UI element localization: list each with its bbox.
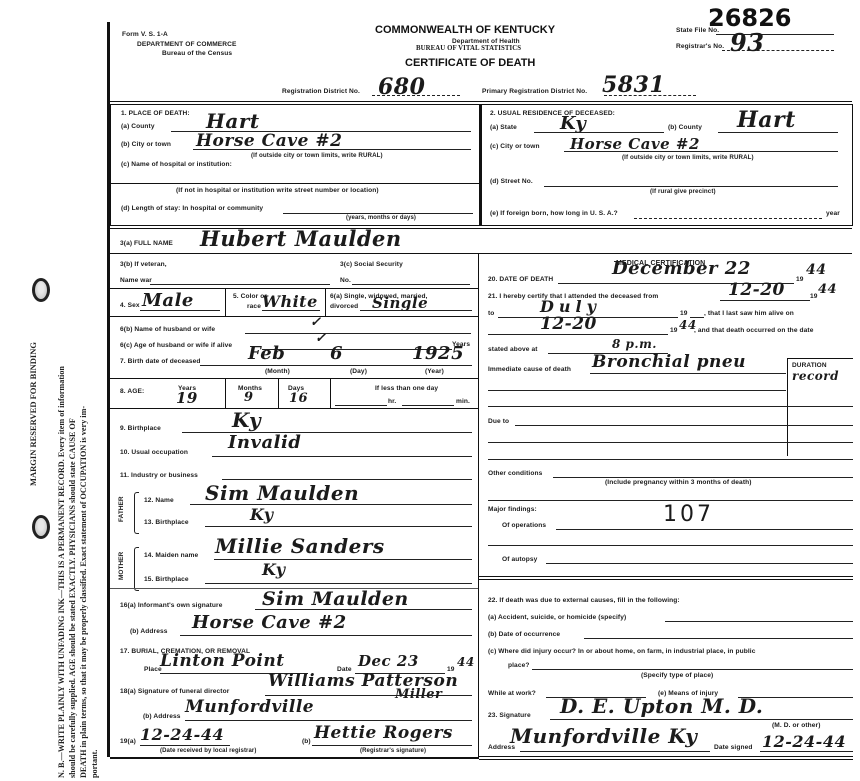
length-of-stay-label: (d) Length of stay: In hospital or commu… [121,205,263,212]
birth-month-value[interactable]: Feb [248,343,285,364]
full-name-label: 3(a) FULL NAME [120,240,173,247]
social-security-label: 3(c) Social Security [340,261,403,268]
primary-district-label: Primary Registration District No. [482,88,587,95]
death-city-label: (b) City or town [121,141,171,148]
document-title: CERTIFICATE OF DEATH [405,57,535,69]
residence-state-value[interactable]: Ky [560,113,586,134]
physician-address-value[interactable]: Munfordville Ky [510,724,697,748]
sex-value[interactable]: Male [142,290,194,311]
other-conditions-hint: (Include pregnancy within 3 months of de… [605,479,752,486]
less-than-day-label: If less than one day [375,385,438,392]
war-label: Name war [120,277,152,284]
department-name: DEPARTMENT OF COMMERCE [137,41,237,48]
residence-city-value[interactable]: Horse Cave #2 [570,135,700,153]
age-days-value[interactable]: 16 [289,391,308,406]
occupation-label: 10. Usual occupation [120,449,188,456]
binding-margin: MARGIN RESERVED FOR BINDING N. B.—WRITE … [0,0,105,781]
injury-place-hint: (Specify type of place) [641,672,713,679]
operations-label: Of operations [502,522,546,529]
spouse-name-label: 6(b) Name of husband or wife [120,326,215,333]
date-received-value[interactable]: 12-24-44 [140,725,224,744]
age-label: 8. AGE: [120,388,144,395]
binding-hole-lower [32,515,50,539]
date-signed-value[interactable]: 12-24-44 [762,732,846,751]
mother-side-label: MOTHER [118,552,125,580]
sex-label: 4. Sex [120,302,140,309]
physician-signature-hint: (M. D. or other) [772,722,820,729]
foreign-born-label: (e) If foreign born, how long in U. S. A… [490,210,618,217]
residence-title: 2. USUAL RESIDENCE OF DECEASED: [490,110,615,117]
birthplace-value[interactable]: Ky [232,408,261,432]
death-occurred-label: , and that death occurred on the date [694,327,813,334]
informant-address-value[interactable]: Horse Cave #2 [192,612,347,633]
birth-day-value[interactable]: 6 [330,343,343,364]
last-seen-value[interactable]: 12-20 [540,314,597,334]
major-findings-label: Major findings: [488,506,537,513]
physician-signature-label: 23. Signature [488,712,531,719]
attended-to-label: to [488,310,494,317]
instructions-line-4: portant. [90,750,99,778]
last-seen-year-prefix: 19 [670,327,678,334]
hospital-label: (c) Name of hospital or institution: [121,161,232,168]
bureau-name: Bureau of the Census [162,50,232,57]
autopsy-label: Of autopsy [502,556,537,563]
year-hint: (Year) [425,368,444,375]
informant-address-label: (b) Address [130,628,168,635]
age-years-value[interactable]: 19 [176,389,198,407]
registration-district-label: Registration District No. [282,88,360,95]
father-bracket [134,492,139,534]
last-seen-suffix-label: , that I last saw him alive on [704,310,794,317]
date-of-death-value[interactable]: December 22 [612,258,751,279]
death-city-hint: (If outside city or town limits, write R… [251,152,383,159]
spouse-age-value[interactable]: ✓ [315,331,326,346]
birth-date-label: 7. Birth date of deceased [120,358,201,365]
duration-label: DURATION [792,362,827,369]
date-of-death-label: 20. DATE OF DEATH [488,276,553,283]
residence-city-hint: (If outside city or town limits, write R… [622,154,754,161]
minutes-label: min. [456,398,470,405]
death-city-value[interactable]: Horse Cave #2 [196,131,342,151]
registrar-number: 93 [730,28,764,57]
occupation-value[interactable]: Invalid [228,432,301,453]
attended-from-value[interactable]: 12-20 [728,280,785,300]
date-signed-label: Date signed [714,744,752,751]
veteran-label: 3(b) If veteran, [120,261,167,268]
stated-above-label: stated above at [488,346,538,353]
funeral-director-address-value[interactable]: Munfordville [185,697,314,717]
race-value[interactable]: White [262,292,318,311]
residence-city-label: (c) City or town [490,143,540,150]
form-number: Form V. S. 1-A [122,31,168,38]
residence-state-label: (a) State [490,124,517,131]
father-side-label: FATHER [118,496,125,522]
father-birthplace-label: 13. Birthplace [144,519,189,526]
informant-signature-label: 16(a) Informant's own signature [120,602,223,609]
date-of-occurrence-label: (b) Date of occurrence [488,631,560,638]
race-label: race [247,303,261,310]
full-name-value[interactable]: Hubert Maulden [200,226,402,251]
street-hint: (If rural give precinct) [650,188,716,195]
attended-year-prefix: 19 [810,293,818,300]
registrar-signature-value[interactable]: Hettie Rogers [314,723,453,743]
funeral-director-name-2[interactable]: Miller [395,687,442,702]
date-received-label: 19(a) [120,738,136,745]
mother-maiden-name-value[interactable]: Millie Sanders [215,534,385,558]
external-causes-title: 22. If death was due to external causes,… [488,597,680,604]
funeral-director-label: 18(a) Signature of funeral director [120,688,229,695]
birthplace-label: 9. Birthplace [120,425,161,432]
hospital-hint: (If not in hospital or institution write… [176,187,379,194]
birth-year-value[interactable]: 1925 [412,343,464,364]
date-of-death-year-prefix: 19 [796,276,804,283]
father-birthplace-value[interactable]: Ky [250,505,273,524]
residence-section: 2. USUAL RESIDENCE OF DECEASED: (a) Stat… [479,104,853,226]
place-of-death-section: 1. PLACE OF DEATH: (a) County Hart (b) C… [110,104,480,226]
state-title: COMMONWEALTH OF KENTUCKY [375,24,555,36]
instructions-line-1: N. B.—WRITE PLAINLY WITH UNFADING INK—TH… [57,366,66,778]
death-county-label: (a) County [121,123,155,130]
physician-signature-value[interactable]: D. E. Upton M. D. [560,694,763,718]
industry-label: 11. Industry or business [120,472,198,479]
instructions-line-3: DEATH in plain terms, so that it may be … [79,406,88,778]
length-of-stay-hint: (years, months or days) [346,215,416,221]
registration-district-number: 680 [378,74,425,100]
hours-label: hr. [388,398,396,405]
attended-to-year-prefix: 19 [680,310,688,317]
other-conditions-label: Other conditions [488,470,542,477]
day-hint: (Day) [350,368,367,375]
residence-county-value[interactable]: Hart [737,107,796,133]
injury-place-label-2: place? [508,662,530,669]
funeral-director-address-label: (b) Address [143,713,181,720]
immediate-cause-label: Immediate cause of death [488,366,571,373]
date-of-death-year[interactable]: 44 [806,262,826,278]
residence-county-label: (b) County [668,124,702,131]
while-at-work-label: While at work? [488,690,536,697]
informant-signature-value[interactable]: Sim Maulden [262,588,409,610]
immediate-cause-value[interactable]: Bronchial pneu [592,352,746,372]
spouse-name-value[interactable]: ✓ [310,315,321,330]
age-months-value[interactable]: 9 [244,390,254,405]
mother-birthplace-label: 15. Birthplace [144,576,189,583]
accident-label: (a) Accident, suicide, or homicide (spec… [488,614,626,621]
mother-birthplace-value[interactable]: Ky [262,560,285,579]
month-hint: (Month) [265,368,290,375]
foreign-born-unit: year [826,210,840,217]
burial-date-value[interactable]: Dec 23 [358,652,419,670]
time-of-death-value[interactable]: 8 p.m. [612,337,657,351]
registrar-signature-label: (b) [302,738,311,745]
marital-status-value[interactable]: Single [372,294,428,312]
father-name-label: 12. Name [144,497,174,504]
death-county-value[interactable]: Hart [206,109,260,133]
registrar-signature-hint: (Registrar's signature) [360,748,426,754]
street-label: (d) Street No. [490,178,533,185]
column-divider [478,253,479,759]
primary-district-number: 5831 [602,72,665,98]
operations-value[interactable]: 107 [663,502,714,527]
attended-from-year[interactable]: 44 [818,282,837,297]
date-received-hint: (Date received by local registrar) [160,748,256,754]
mother-bracket [134,547,139,591]
bureau-vital-statistics: BUREAU OF VITAL STATISTICS [416,45,521,52]
binding-hole-upper [32,278,50,302]
burial-place-value[interactable]: Linton Point [160,651,285,671]
burial-year-value[interactable]: 44 [457,655,475,669]
social-security-no-label: No. [340,277,351,284]
health-department: Department of Health [452,38,520,45]
injury-place-label: (c) Where did injury occur? In or about … [488,648,756,655]
binding-margin-label: MARGIN RESERVED FOR BINDING [28,342,38,486]
mother-maiden-name-label: 14. Maiden name [144,552,198,559]
spouse-age-label: 6(c) Age of husband or wife if alive [120,342,232,349]
divorced-label: divorced [330,303,358,310]
instructions-line-2: should be carefully supplied. AGE should… [68,418,77,778]
due-to-label: Due to [488,418,509,425]
father-name-value[interactable]: Sim Maulden [205,481,359,505]
duration-value[interactable]: record [792,369,839,383]
place-of-death-title: 1. PLACE OF DEATH: [121,110,190,117]
registrar-number-label: Registrar's No. [676,43,724,50]
